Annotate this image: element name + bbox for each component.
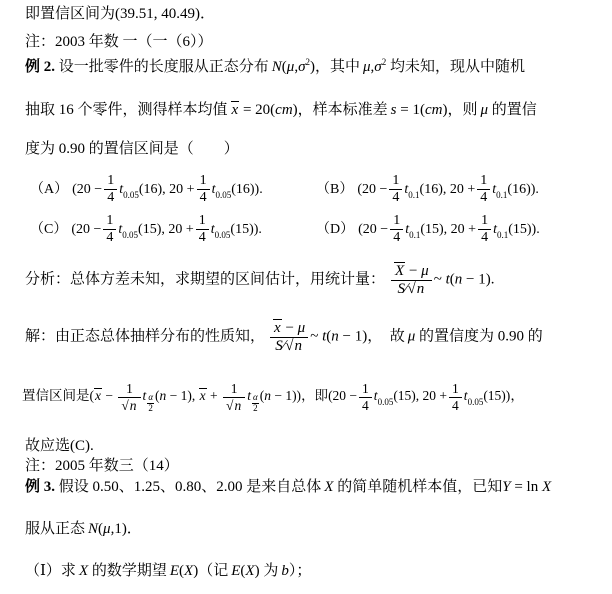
fraction-numerator: 1 [390,213,403,230]
math-roman: − [282,320,298,336]
subscript: 0.05 [122,230,138,240]
fraction-numerator: 1 [359,381,372,398]
math-variable: cm [275,102,293,118]
chinese-text: ， 故 [367,329,405,345]
chinese-text: （B） [316,182,353,197]
math-roman: − 1). [462,272,494,288]
math-variable: σ [374,59,381,75]
fraction-denominator: 4 [103,230,116,246]
subscript: 0.1 [496,190,507,200]
fraction-numerator: X − μ [391,262,432,281]
math-roman: 4 [480,190,487,205]
line-answer: 故应选(C). [25,437,94,456]
fraction-denominator: 4 [196,230,209,246]
math-roman: = 20( [239,102,275,118]
math-roman: (15)) [483,388,510,403]
line-note-2003: 注：2003 年数 一（一（6）） [25,33,213,52]
math-roman: 1 [107,173,114,188]
math-roman: 4 [392,190,399,205]
chinese-text: 度为 0.90 的置信区间是（ ） [25,141,239,157]
fraction: α2 [147,393,154,413]
math-roman: 1 [393,213,400,228]
chinese-text: 的数学期望 [88,563,167,579]
overline-variable: x [199,388,207,404]
fraction-numerator: 1 [449,381,462,398]
math-roman: (39.51, 40.49)． [115,6,215,22]
math-roman: 4 [199,230,206,245]
math-variable: n [264,388,271,403]
math-roman: (20 − [72,182,102,197]
math-variable: cm [425,102,443,118]
math-roman: − [102,388,116,403]
chinese-text: ）； [289,563,312,579]
overline-variable: x [231,101,240,119]
line-example3-normal: 服从正态N(μ,1)． [25,520,142,539]
subscript: 0.1 [408,190,419,200]
bold-label: 例 3. [25,479,55,495]
math-variable: μ [298,320,306,336]
math-roman: 4 [107,190,114,205]
math-roman: 1 [480,173,487,188]
math-roman: (20 − [71,222,101,237]
math-roman: 4 [452,398,459,413]
chinese-text: 均未知，现从中随机 [386,59,525,75]
math-roman: 1 [481,213,488,228]
fraction: 14 [449,381,462,413]
math-roman: ,1)． [111,521,142,537]
subscript: 0.05 [123,190,139,200]
subscript: 0.1 [409,230,420,240]
math-roman: = ln [511,479,542,495]
math-roman: (20 − [328,388,357,403]
math-roman: 2 [253,403,258,413]
line-example2-sample: 抽取 16 个零件，测得样本均值x = 20(cm)，样本标准差s = 1(cm… [25,101,537,120]
line-conf-interval-result: 即置信区间为(39.51, 40.49)． [25,5,215,24]
math-variable: n [331,329,339,345]
math-variable: n [234,398,241,413]
math-variable: μ [481,102,489,118]
math-roman: 1 [392,173,399,188]
fraction-denominator: 4 [449,398,462,414]
fraction-denominator: 4 [197,190,210,206]
math-variable: μ [103,521,111,537]
line-solution: 解：由正态总体抽样分布的性质知，x − μS∕√n~ t(n − 1)， 故μ … [25,319,543,356]
math-variable: α [253,392,258,402]
math-variable: X [542,479,551,495]
chinese-text: 设一批零件的长度服从正态分布 [55,59,269,75]
math-roman: 0.05 [215,230,231,240]
chinese-text: ，则 [447,102,477,118]
fraction-denominator: 4 [359,398,372,414]
math-roman: 1 [231,381,238,396]
fraction-numerator: 1 [104,173,117,190]
fraction-denominator: S∕√n [270,338,308,355]
math-roman: − [405,263,421,279]
chinese-text: ，样本标准差 [298,102,388,118]
math-variable: N [88,521,98,537]
math-roman: 1 [452,381,459,396]
fraction-numerator: 1 [103,213,116,230]
fraction: x − μS∕√n [270,319,308,356]
line-example3-intro: 例 3. 假设 0.50、1.25、0.80、2.00 是来自总体X 的简单随机… [25,478,551,497]
fraction: 14 [478,213,491,246]
overline-variable: x [273,319,282,337]
math-roman: 1 [200,173,207,188]
math-variable: n [294,338,302,354]
chinese-text: 故应选(C). [25,438,94,454]
radicand: n [129,397,138,413]
fraction: 14 [359,381,372,413]
sqrt-expression: √n [226,397,242,413]
radicand: n [293,337,303,354]
sqrt-expression: √n [407,280,425,297]
fraction-denominator: 2 [252,404,259,413]
line-analysis: 分析：总体方差未知，求期望的区间估计，用统计量：X − μS∕√n~ t(n −… [25,262,494,299]
fraction: 1√n [223,381,245,413]
subscript: 0.05 [215,230,231,240]
line-note-2005: 注：2005 年数三（14） [25,457,179,476]
chinese-text: 分析：总体方差未知，求期望的区间估计，用统计量： [25,272,385,288]
chinese-text: ， [510,388,524,403]
overline-variable: x [94,388,102,404]
fraction-numerator: 1 [477,173,490,190]
chinese-text: （A） [30,182,68,197]
radical-sign: √ [121,398,128,413]
fraction: α2 [252,393,259,413]
subscript: 0.05 [215,190,231,200]
sqrt-expression: √n [121,397,137,413]
fraction: 14 [104,173,117,206]
subscript: 0.05 [378,397,394,407]
fraction-denominator: 4 [389,190,402,206]
chinese-text: 假设 0.50、1.25、0.80、2.00 是来自总体 [55,479,321,495]
fraction-denominator: √n [223,398,245,414]
math-roman: 0.05 [215,190,231,200]
chinese-text: 抽取 16 个零件，测得样本均值 [25,102,228,118]
subscript: α2 [251,397,260,407]
chinese-text: （C） [30,222,67,237]
math-roman: 4 [481,230,488,245]
line-example3-part1: （Ⅰ）求X 的数学期望E(X)（记E(X) 为b）； [25,562,311,581]
fraction: 14 [197,173,210,206]
math-roman: 0.1 [408,190,419,200]
math-variable: α [148,392,153,402]
line-conf-interval-formula: 置信区间是(x − 1√ntα2(n − 1), x + 1√ntα2(n − … [22,381,524,413]
chinese-text: 的简单随机样本值，已知 [333,479,502,495]
math-roman: 4 [200,190,207,205]
fraction-numerator: 1 [223,381,245,398]
radicand: n [233,397,242,413]
document-page: 即置信区间为(39.51, 40.49)．注：2003 年数 一（一（6））例 … [0,0,612,594]
math-roman: 0.1 [497,230,508,240]
math-roman: (15), 20 + [393,388,447,403]
option-C: （C）(20 −14t0.05(15), 20 +14t0.05(15)). [30,213,262,246]
fraction-numerator: 1 [196,213,209,230]
math-roman: ~ [310,329,322,345]
math-roman: (15)). [508,222,540,237]
fraction-denominator: S∕√n [391,281,432,298]
math-roman: (16), 20 + [420,182,476,197]
option-D: （D）(20 −14t0.1(15), 20 +14t0.1(15)). [316,213,540,246]
fraction: 14 [389,173,402,206]
fraction-denominator: √n [118,398,140,414]
math-variable: μ [421,263,429,279]
math-roman: (20 − [358,222,388,237]
math-roman: 0.05 [378,397,394,407]
chinese-text: 解：由正态总体抽样分布的性质知， [25,329,265,345]
math-roman: (16)). [507,182,539,197]
chinese-text: （D） [316,222,354,237]
math-variable: E [170,563,179,579]
fraction-numerator: 1 [389,173,402,190]
overline-variable: X [394,262,405,280]
chinese-text: ，即 [301,388,328,403]
math-roman: − 1)) [271,388,301,403]
fraction-denominator: 4 [478,230,491,246]
subscript: 0.1 [497,230,508,240]
math-roman: 1 [362,381,369,396]
math-variable: X [245,563,254,579]
bold-label: 例 2. [25,59,55,75]
chinese-text: （记 [198,563,228,579]
chinese-text: 注：2005 年数三（14） [25,458,179,474]
subscript: 0.05 [468,397,484,407]
chinese-text: 的置信 [488,102,537,118]
math-roman: 2 [148,403,153,413]
math-roman: ~ [434,272,446,288]
math-roman: 4 [362,398,369,413]
radicand: n [416,280,426,297]
math-roman: (20 − [357,182,387,197]
math-roman: 4 [106,230,113,245]
chinese-text: 为 [260,563,279,579]
option-B: （B）(20 −14t0.1(16), 20 +14t0.1(16)). [316,173,539,206]
math-variable: n [130,398,137,413]
radical-sign: √ [407,281,415,297]
fraction-denominator: 4 [390,230,403,246]
math-variable: X [184,563,193,579]
chinese-text: 的置信度为 0.90 的 [415,329,543,345]
math-roman: 0.1 [409,230,420,240]
fraction-numerator: x − μ [270,319,308,338]
chinese-text: 即置信区间为 [25,6,115,22]
math-roman: 0.05 [123,190,139,200]
fraction-denominator: 4 [477,190,490,206]
math-roman: − 1), [166,388,198,403]
fraction-numerator: 1 [118,381,140,398]
sqrt-expression: √n [285,337,303,354]
math-roman: 0.1 [496,190,507,200]
fraction-denominator: 4 [104,190,117,206]
option-A: （A）(20 −14t0.05(16), 20 +14t0.05(16)). [30,173,263,206]
chinese-text: （Ⅰ）求 [25,563,76,579]
fraction: 14 [196,213,209,246]
fraction-denominator: 2 [147,404,154,413]
math-roman: 1 [126,381,133,396]
fraction: 1√n [118,381,140,413]
chinese-text: 注：2003 年数 一（一（6）） [25,34,213,50]
math-roman: 4 [393,230,400,245]
math-roman: (16), 20 + [139,182,195,197]
math-roman: (16)). [231,182,263,197]
math-roman: (15), 20 + [138,222,194,237]
math-variable: S [397,281,405,297]
math-roman: (15), 20 + [420,222,476,237]
chinese-text: ，其中 [315,59,360,75]
math-variable: Y [502,479,510,495]
fraction: 14 [477,173,490,206]
math-roman: 1 [106,213,113,228]
fraction-numerator: 1 [478,213,491,230]
fraction: 14 [390,213,403,246]
math-variable: n [417,281,425,297]
fraction: 14 [103,213,116,246]
math-roman: = 1( [397,102,425,118]
math-roman: 0.05 [122,230,138,240]
chinese-text: 置信区间是 [22,388,90,403]
chinese-text: 服从正态 [25,521,85,537]
math-roman: 1 [199,213,206,228]
math-roman: + [207,388,221,403]
math-variable: S [275,338,283,354]
subscript: α2 [146,397,155,407]
math-variable: N [272,59,282,75]
math-roman: − 1) [339,329,367,345]
math-roman: (15)). [230,222,262,237]
math-variable: b [281,563,289,579]
fraction: X − μS∕√n [391,262,432,299]
math-roman: 0.05 [468,397,484,407]
math-variable: X [79,563,88,579]
line-example2-intro: 例 2. 设一批零件的长度服从正态分布N(μ,σ2)，其中μ,σ2 均未知，现从… [25,57,525,77]
line-example2-question: 度为 0.90 的置信区间是（ ） [25,140,239,159]
math-variable: μ [363,59,371,75]
fraction-numerator: 1 [197,173,210,190]
